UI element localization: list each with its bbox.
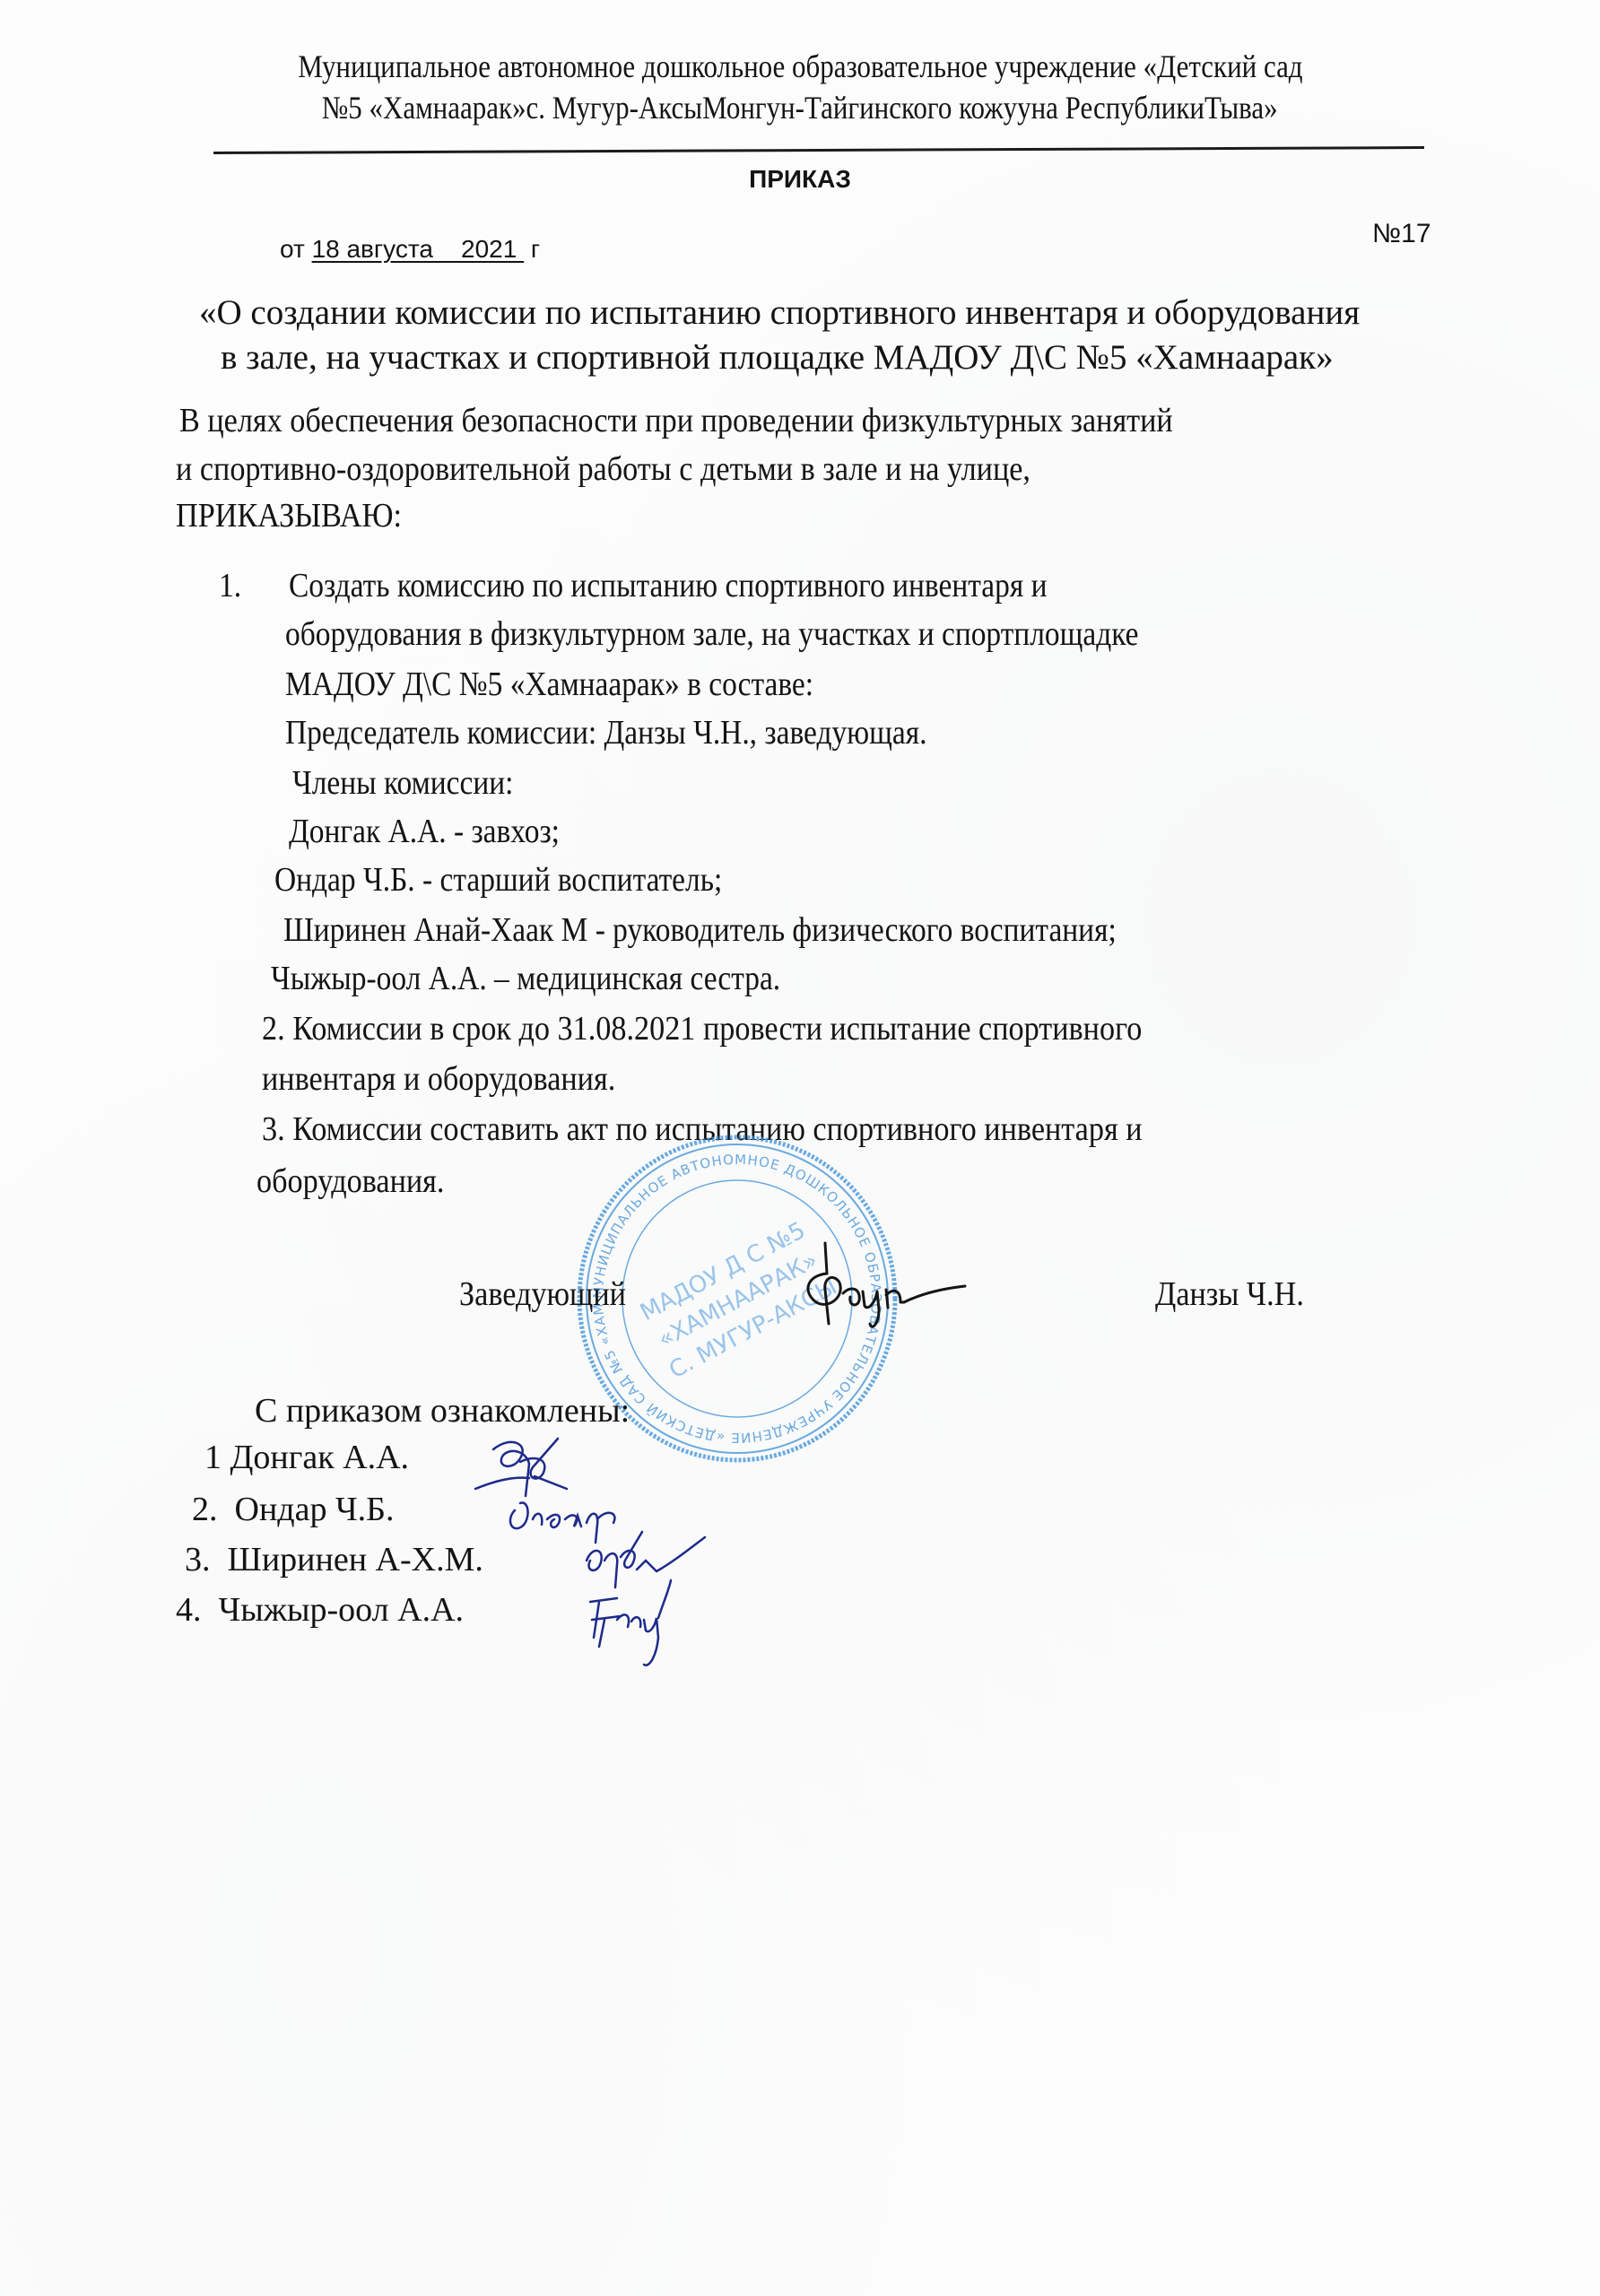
document-title: ПРИКАЗ: [0, 165, 1600, 194]
preamble-line-2: и спортивно-оздоровительной работы с дет…: [176, 448, 1126, 490]
item-3-line-2: оборудования.: [257, 1161, 465, 1202]
acknowledgement-entry: 4. Чыжыр-оол А.А.: [176, 1589, 464, 1631]
acknowledgement-entry: 1 Донгак А.А.: [204, 1437, 409, 1478]
commission-chair: Председатель комиссии: Данзы Ч.Н., завед…: [285, 712, 1014, 753]
commission-member: Донгак А.А. - завхоз;: [289, 811, 596, 852]
organization-name-line-2: №5 «Хамнаарак»с. Мугур-АксыМонгун-Тайгин…: [0, 88, 1600, 127]
item-1-line-1: Создать комиссию по испытанию спортивног…: [289, 565, 1151, 606]
item-2-line-1: 2. Комиссии в срок до 31.08.2021 провест…: [262, 1008, 1239, 1049]
subject-line-2: в зале, на участках и спортивной площадк…: [221, 337, 1334, 378]
preamble-line-1: В целях обеспечения безопасности при про…: [179, 400, 1283, 441]
acknowledgement-entry: 3. Ширинен А-Х.М.: [185, 1539, 483, 1580]
organization-name-line-1: Муниципальное автономное дошкольное обра…: [0, 47, 1600, 86]
acknowledgement-label: С приказом ознакомлены:: [255, 1390, 630, 1431]
signature-chyzhyr-ool: [581, 1575, 680, 1674]
commission-member: Чыжыр-оол А.А. – медицинская сестра.: [271, 958, 850, 999]
preamble-command: ПРИКАЗЫВАЮ:: [176, 495, 427, 536]
order-number: №17: [1372, 219, 1431, 249]
item-1-number: 1.: [219, 565, 245, 606]
document-page: Муниципальное автономное дошкольное обра…: [0, 0, 1600, 2296]
date-value: 18 августа 2021: [312, 235, 525, 263]
acknowledgement-entry: 2. Ондар Ч.Б.: [192, 1489, 395, 1530]
order-date: от 18 августа 2021 г: [280, 235, 540, 264]
signatory-name: Данзы Ч.Н.: [1155, 1274, 1320, 1315]
commission-members-label: Члены комиссии:: [292, 762, 543, 804]
item-2-line-2: инвентаря и оборудования.: [262, 1058, 655, 1100]
item-1-line-2: оборудования в физкультурном зале, на уч…: [285, 613, 1255, 655]
commission-member: Ондар Ч.Б. - старший воспитатель;: [274, 859, 783, 900]
director-signature: [789, 1238, 978, 1336]
subject-line-1: «О создании комиссии по испытанию спорти…: [199, 292, 1360, 334]
header-divider: [213, 146, 1424, 154]
item-1-line-3: МАДОУ Д\С №5 «Хамнаарак» в составе:: [285, 664, 885, 705]
commission-member: Ширинен Анай-Хаак М - руководитель физич…: [283, 909, 1230, 951]
signatory-position: Заведующий: [459, 1274, 645, 1315]
